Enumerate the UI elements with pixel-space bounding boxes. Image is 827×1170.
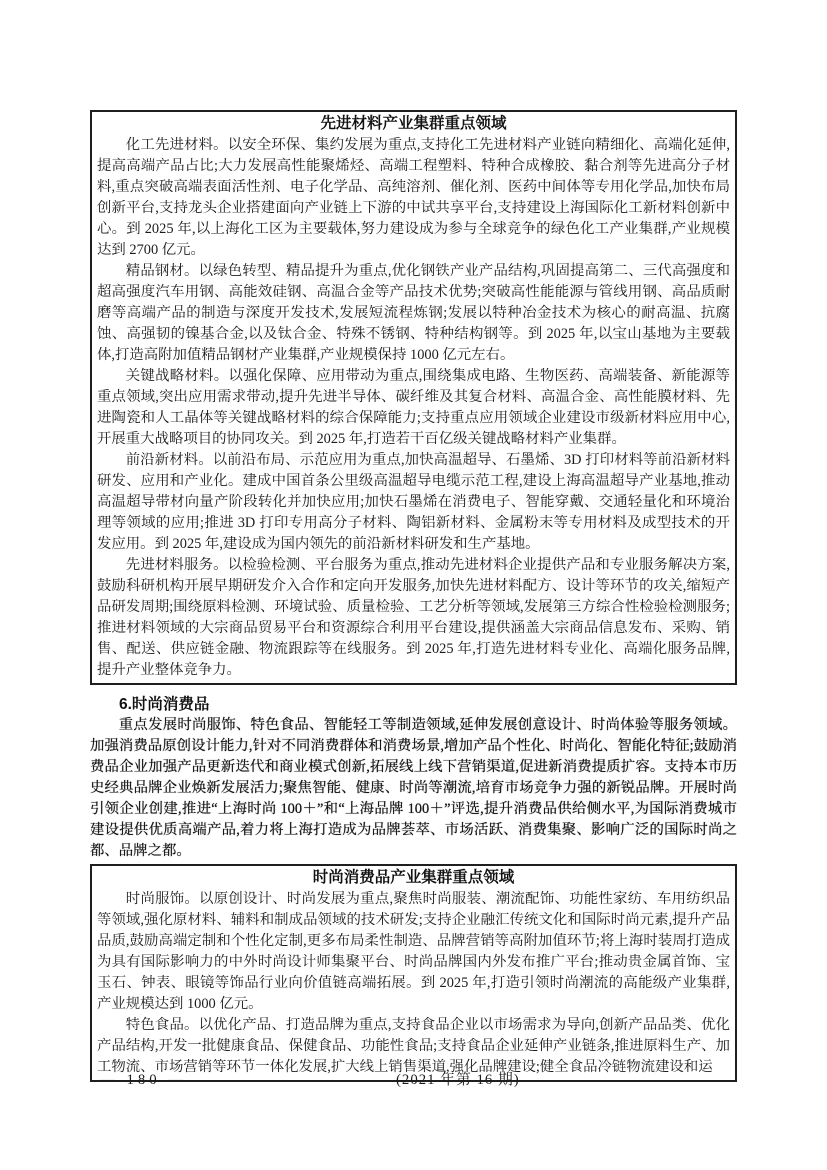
section-heading-fashion-consumer-goods: 6.时尚消费品 — [90, 694, 737, 715]
box1-paragraph-frontier-materials: 前沿新材料。以前沿布局、示范应用为重点,加快高温超导、石墨烯、3D 打印材料等前… — [97, 450, 730, 555]
box1-paragraph-materials-services: 先进材料服务。以检验检测、平台服务为重点,推动先进材料企业提供产品和专业服务解决… — [97, 555, 730, 681]
box2-title: 时尚消费品产业集群重点领域 — [97, 867, 730, 889]
section6-body-paragraph: 重点发展时尚服饰、特色食品、智能轻工等制造领域,延伸发展创意设计、时尚体验等服务… — [90, 715, 737, 862]
box2-paragraph-fashion-apparel: 时尚服饰。以原创设计、时尚发展为重点,聚焦时尚服装、潮流配饰、功能性家纺、车用纺… — [97, 889, 730, 1015]
box1-paragraph-chemical-materials: 化工先进材料。以安全环保、集约发展为重点,支持化工先进材料产业链向精细化、高端化… — [97, 135, 730, 261]
page-footer: — 180 — (2021 年第 16 期) — [90, 1068, 737, 1092]
fashion-consumer-goods-box: 时尚消费品产业集群重点领域 时尚服饰。以原创设计、时尚发展为重点,聚焦时尚服装、… — [90, 864, 737, 1082]
content-column: 先进材料产业集群重点领域 化工先进材料。以安全环保、集约发展为重点,支持化工先进… — [90, 110, 737, 1082]
box1-title: 先进材料产业集群重点领域 — [97, 113, 730, 135]
document-page: 先进材料产业集群重点领域 化工先进材料。以安全环保、集约发展为重点,支持化工先进… — [0, 0, 827, 1170]
issue-label: (2021 年第 16 期) — [396, 1068, 520, 1092]
page-number: — 180 — — [100, 1068, 187, 1092]
box1-paragraph-premium-steel: 精品钢材。以绿色转型、精品提升为重点,优化钢铁产业产品结构,巩固提高第二、三代高… — [97, 261, 730, 366]
box1-paragraph-key-strategic-materials: 关键战略材料。以强化保障、应用带动为重点,围绕集成电路、生物医药、高端装备、新能… — [97, 366, 730, 450]
advanced-materials-box: 先进材料产业集群重点领域 化工先进材料。以安全环保、集约发展为重点,支持化工先进… — [90, 110, 737, 685]
